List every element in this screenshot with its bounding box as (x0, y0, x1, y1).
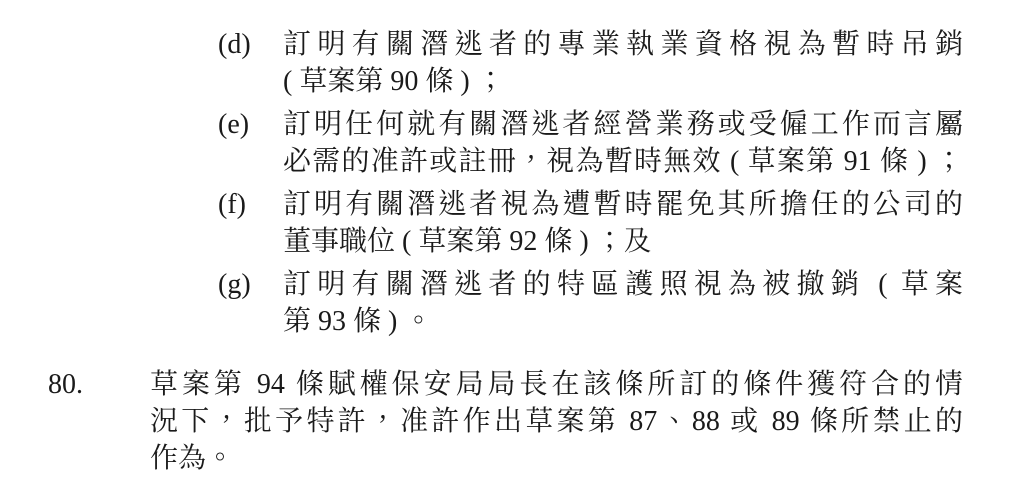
list-item-d: (d) 訂明有關潛逃者的專業執業資格視為暫時吊銷 ( 草案第 90 條 ) ； (218, 26, 963, 100)
text-line: 訂明任何就有關潛逃者經營業務或受僱工作而言屬 (283, 106, 963, 143)
item-label: (e) (218, 106, 283, 180)
text-line: 董事職位 ( 草案第 92 條 ) ；及 (283, 223, 963, 260)
item-text: 訂明有關潛逃者的專業執業資格視為暫時吊銷 ( 草案第 90 條 ) ； (283, 26, 963, 100)
item-text: 訂明有關潛逃者視為遭暫時罷免其所擔任的公司的 董事職位 ( 草案第 92 條 )… (283, 186, 963, 260)
item-text: 訂明任何就有關潛逃者經營業務或受僱工作而言屬 必需的准許或註冊，視為暫時無效 (… (283, 106, 963, 180)
item-label: (d) (218, 26, 283, 100)
text-line: 訂明有關潛逃者的特區護照視為被撤銷 ( 草案 (283, 266, 963, 303)
item-text: 訂明有關潛逃者的特區護照視為被撤銷 ( 草案 第 93 條 ) 。 (283, 266, 963, 340)
document-page: (d) 訂明有關潛逃者的專業執業資格視為暫時吊銷 ( 草案第 90 條 ) ； … (0, 0, 1015, 496)
list-item-g: (g) 訂明有關潛逃者的特區護照視為被撤銷 ( 草案 第 93 條 ) 。 (218, 266, 963, 340)
text-line: 第 93 條 ) 。 (283, 303, 963, 340)
text-line: ( 草案第 90 條 ) ； (283, 63, 963, 100)
text-line: 作為。 (150, 440, 963, 477)
text-line: 必需的准許或註冊，視為暫時無效 ( 草案第 91 條 ) ； (283, 143, 963, 180)
list-item-f: (f) 訂明有關潛逃者視為遭暫時罷免其所擔任的公司的 董事職位 ( 草案第 92… (218, 186, 963, 260)
paragraph-number: 80. (48, 366, 150, 477)
item-label: (f) (218, 186, 283, 260)
paragraph-text: 草案第 94 條賦權保安局局長在該條所訂的條件獲符合的情 況下，批予特許，准許作… (150, 366, 963, 477)
text-line: 草案第 94 條賦權保安局局長在該條所訂的條件獲符合的情 (150, 366, 963, 403)
text-line: 況下，批予特許，准許作出草案第 87、88 或 89 條所禁止的 (150, 403, 963, 440)
list-item-e: (e) 訂明任何就有關潛逃者經營業務或受僱工作而言屬 必需的准許或註冊，視為暫時… (218, 106, 963, 180)
text-line: 訂明有關潛逃者的專業執業資格視為暫時吊銷 (283, 26, 963, 63)
paragraph-80: 80. 草案第 94 條賦權保安局局長在該條所訂的條件獲符合的情 況下，批予特許… (48, 366, 963, 477)
clause-list: (d) 訂明有關潛逃者的專業執業資格視為暫時吊銷 ( 草案第 90 條 ) ； … (218, 26, 963, 346)
item-label: (g) (218, 266, 283, 340)
text-line: 訂明有關潛逃者視為遭暫時罷免其所擔任的公司的 (283, 186, 963, 223)
